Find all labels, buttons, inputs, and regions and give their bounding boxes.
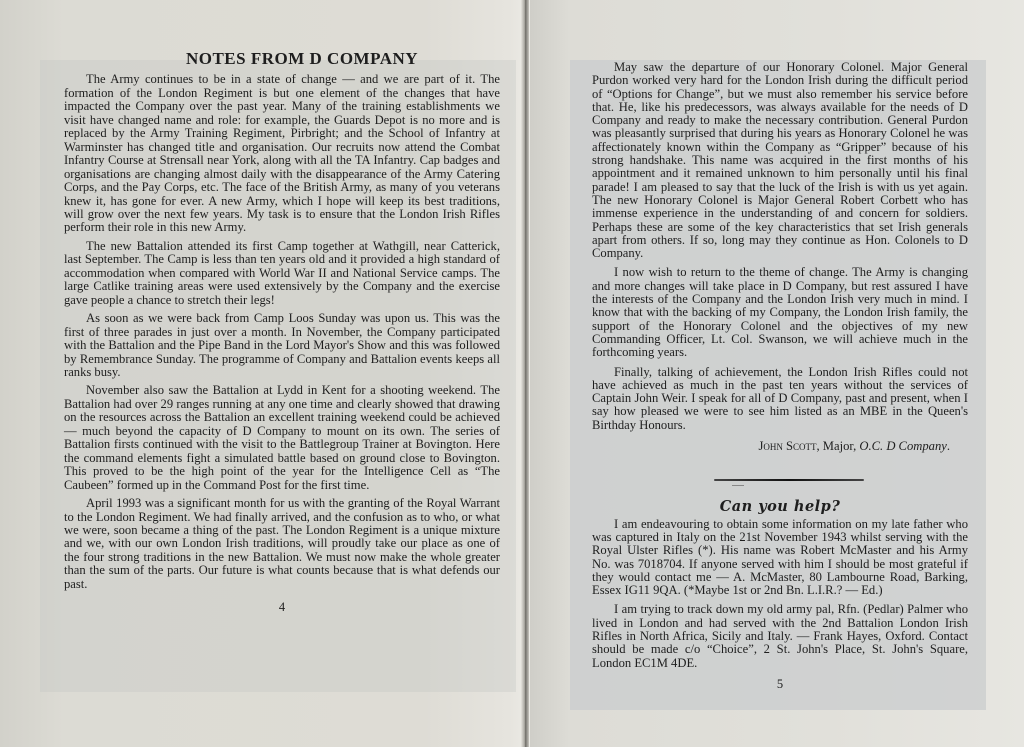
- book-gutter: [521, 0, 529, 747]
- paragraph: May saw the departure of our Honorary Co…: [592, 61, 968, 260]
- help-paragraph: I am trying to track down my old army pa…: [592, 603, 968, 669]
- paragraph: I now wish to return to the theme of cha…: [592, 266, 968, 359]
- divider-mark: [732, 485, 744, 486]
- article-title: NOTES FROM D COMPANY: [104, 52, 500, 65]
- section-title: Can you help?: [592, 500, 968, 513]
- section-divider: [714, 479, 864, 481]
- help-paragraph: I am endeavouring to obtain some informa…: [592, 518, 968, 598]
- paragraph: Finally, talking of achievement, the Lon…: [592, 366, 968, 432]
- paragraph: April 1993 was a significant month for u…: [64, 497, 500, 591]
- signature-rank: , Major,: [817, 439, 860, 453]
- right-page-column: May saw the departure of our Honorary Co…: [592, 61, 968, 691]
- paragraph: The Army continues to be in a state of c…: [64, 73, 500, 234]
- paragraph: As soon as we were back from Camp Loos S…: [64, 312, 500, 379]
- signature: John Scott, Major, O.C. D Company.: [592, 440, 950, 453]
- signature-role: O.C. D Company: [859, 439, 946, 453]
- paragraph: The new Battalion attended its first Cam…: [64, 240, 500, 307]
- signature-end: .: [947, 439, 950, 453]
- paragraph: November also saw the Battalion at Lydd …: [64, 384, 500, 492]
- page-number: 4: [64, 601, 500, 614]
- page-number: 5: [592, 678, 968, 691]
- left-page-column: NOTES FROM D COMPANY The Army continues …: [64, 52, 500, 615]
- signature-name: John Scott: [758, 439, 816, 453]
- left-page: NOTES FROM D COMPANY The Army continues …: [0, 0, 530, 747]
